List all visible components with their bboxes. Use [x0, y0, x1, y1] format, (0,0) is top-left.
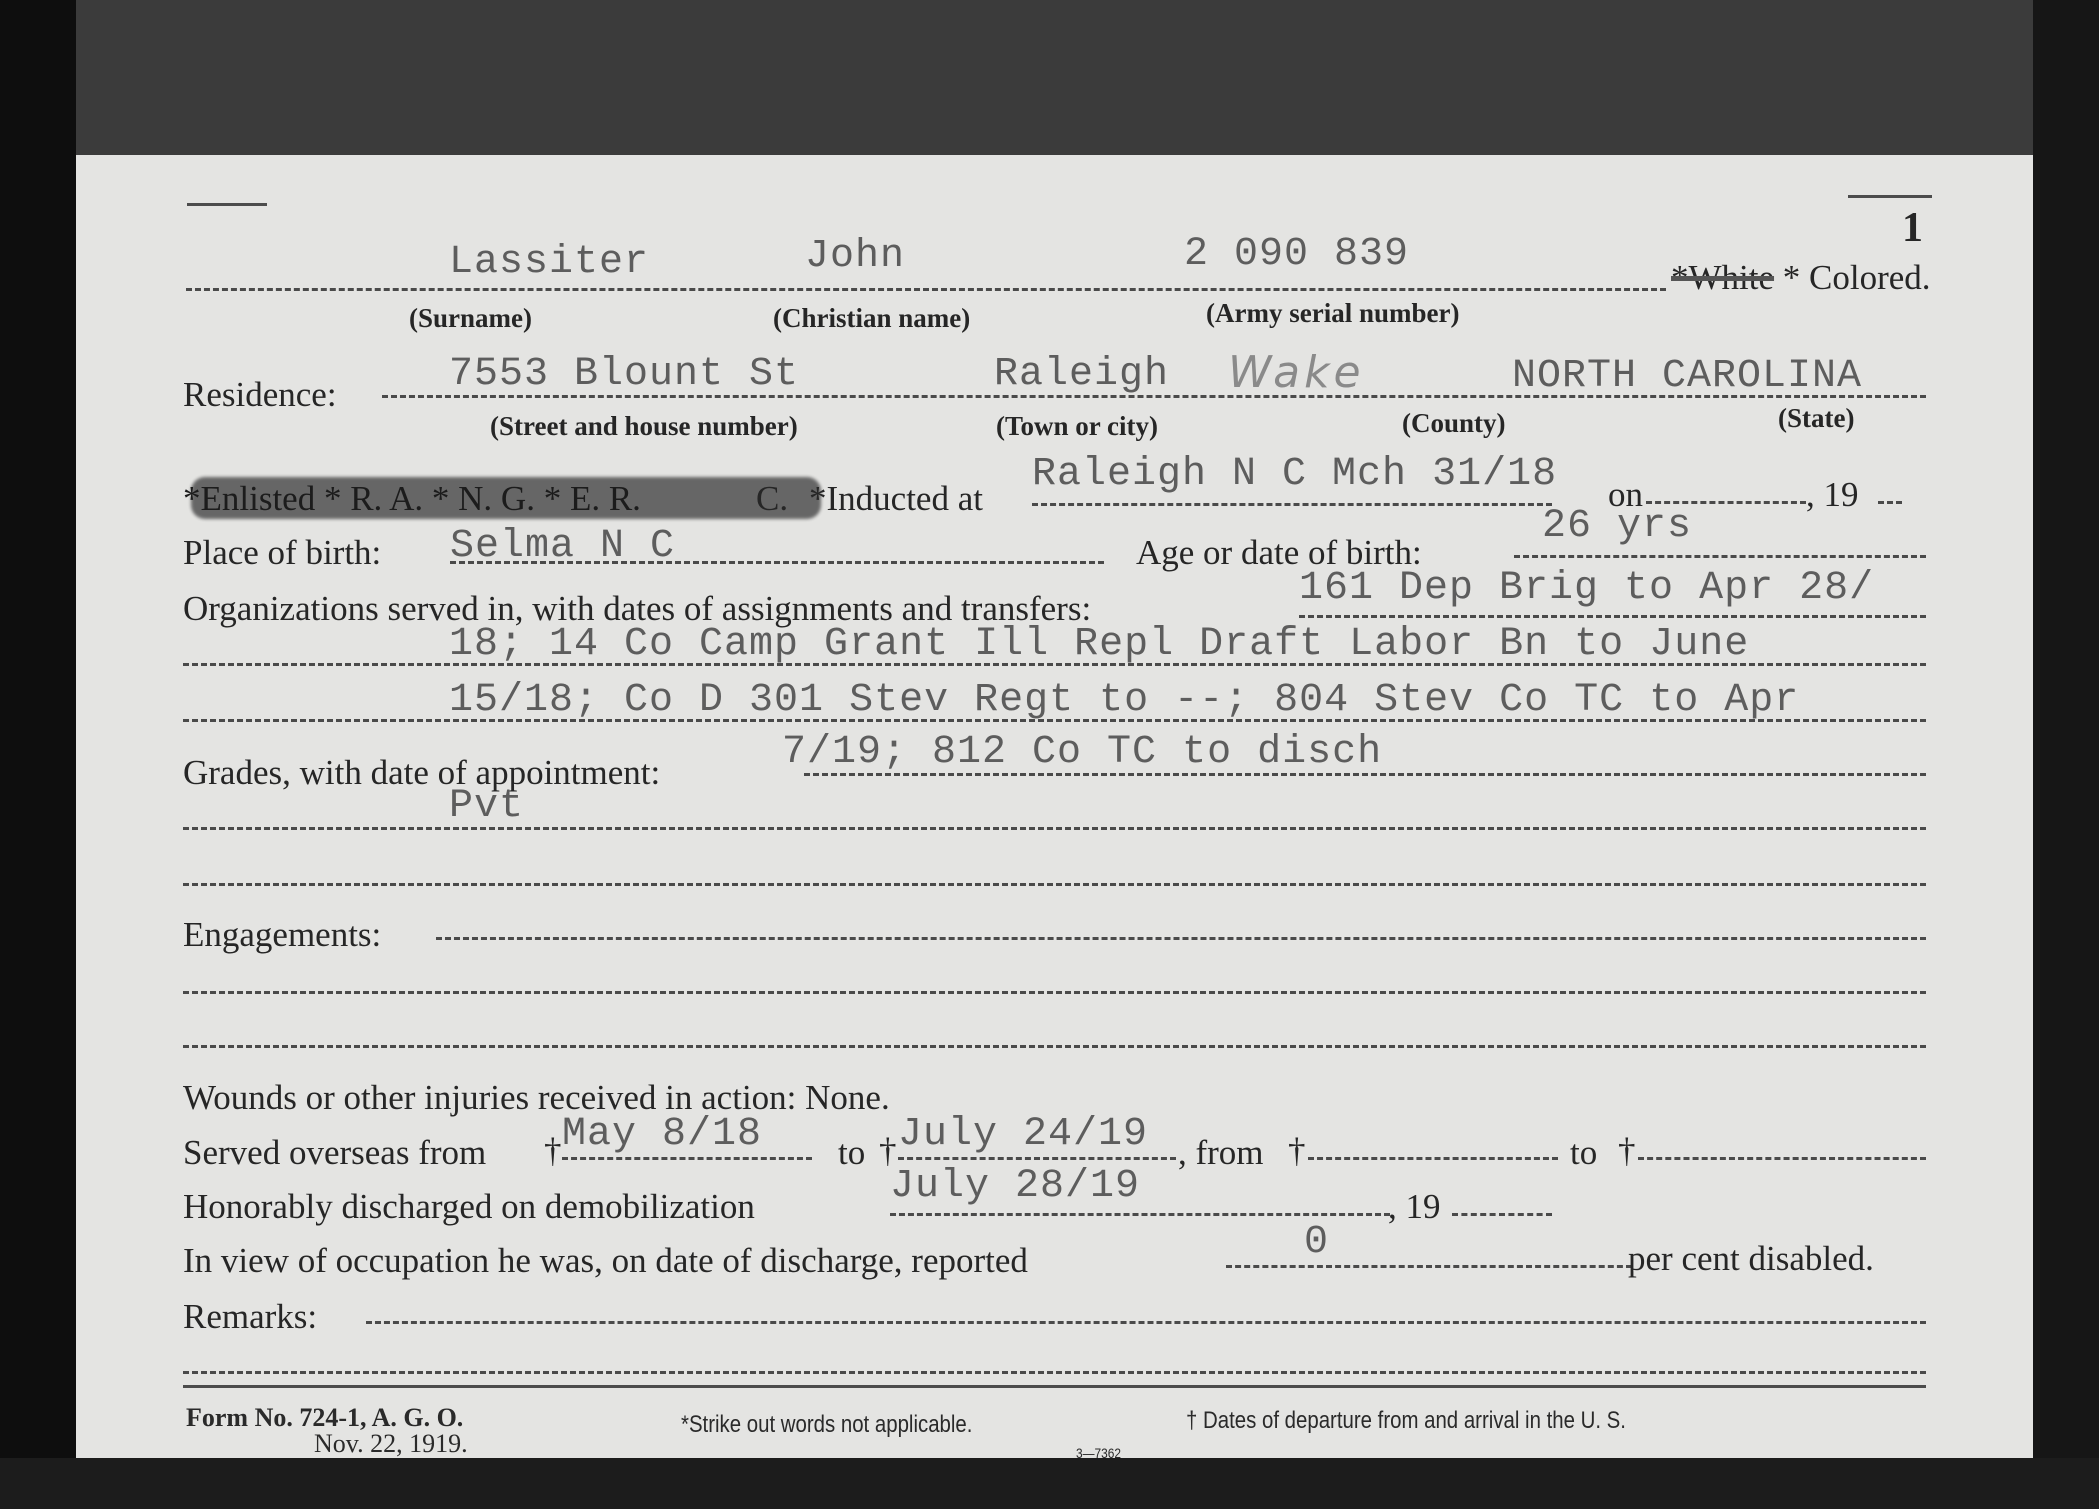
grades-value: Pvt	[449, 787, 524, 827]
overseas-to-value: July 24/19	[898, 1115, 1148, 1155]
surname-label: (Surname)	[409, 305, 532, 332]
top-right-rule	[1848, 195, 1932, 198]
serial-number-value: 2 090 839	[1184, 235, 1409, 275]
age-label: Age or date of birth:	[1136, 535, 1422, 570]
disability-line	[1226, 1265, 1632, 1268]
year-line	[1878, 501, 1902, 504]
overseas-from-line	[562, 1157, 812, 1160]
discharge-label: Honorably discharged on demobilization	[183, 1189, 755, 1224]
county-value: Wake	[1228, 351, 1365, 395]
footer-rule	[183, 1385, 1926, 1388]
dagger-mark-3: †	[1288, 1133, 1306, 1168]
overseas-from-value: May 8/18	[562, 1115, 762, 1155]
grades-rule-1	[804, 773, 1926, 776]
town-value: Raleigh	[994, 355, 1169, 395]
overseas-from2-label: , from	[1178, 1135, 1264, 1170]
strike-note: *Strike out words not applicable.	[681, 1411, 972, 1439]
inducted-value: Raleigh N C Mch 31/18	[1032, 455, 1557, 495]
organizations-line-1: 161 Dep Brig to Apr 28/	[1299, 569, 1874, 609]
print-code: 3—7362	[1076, 1445, 1121, 1461]
overseas-from2-line	[1308, 1157, 1558, 1160]
inducted-label: *Inducted at	[809, 481, 983, 516]
c-label: C.	[756, 481, 788, 516]
grades-label: Grades, with date of appointment:	[183, 755, 660, 790]
film-edge-right	[2033, 0, 2099, 1509]
engagements-rule-1	[436, 937, 1926, 940]
name-line	[186, 288, 1666, 291]
card-number: 1	[1902, 207, 1923, 249]
form-date: Nov. 22, 1919.	[314, 1429, 468, 1459]
town-label: (Town or city)	[996, 413, 1158, 440]
remarks-label: Remarks:	[183, 1299, 317, 1334]
top-left-rule	[187, 203, 267, 206]
disability-label: In view of occupation he was, on date of…	[183, 1243, 1028, 1278]
place-of-birth-line	[450, 561, 1104, 564]
year-prefix: , 19	[1806, 477, 1859, 512]
organizations-line-3: 15/18; Co D 301 Stev Regt to --; 804 Ste…	[449, 681, 1799, 721]
service-record-card: 1 Lassiter John 2 090 839 *White * Color…	[76, 155, 2033, 1458]
age-line	[1514, 555, 1926, 558]
remarks-rule-2	[183, 1371, 1926, 1374]
discharge-value: July 28/19	[890, 1167, 1140, 1207]
dagger-mark-4: †	[1618, 1133, 1636, 1168]
residence-label: Residence:	[183, 377, 337, 412]
dagger-mark-2: †	[879, 1133, 897, 1168]
state-value: NORTH CAROLINA	[1512, 357, 1862, 397]
overseas-to2-line	[1638, 1157, 1926, 1160]
overseas-to2-label: to	[1570, 1135, 1597, 1170]
organizations-label: Organizations served in, with dates of a…	[183, 591, 1091, 626]
age-value: 26 yrs	[1542, 507, 1692, 547]
overseas-to-line	[898, 1157, 1176, 1160]
dates-note: † Dates of departure from and arrival in…	[1186, 1407, 1626, 1435]
grades-rule-3	[183, 883, 1926, 886]
colored-option: * Colored.	[1783, 258, 1931, 297]
engagements-label: Engagements:	[183, 917, 381, 952]
organizations-rule-3	[183, 719, 1926, 722]
color-field: *White * Colored.	[1671, 260, 1931, 295]
film-edge-left	[0, 0, 76, 1509]
place-of-birth-label: Place of birth:	[183, 535, 381, 570]
organizations-rule-2	[183, 663, 1926, 666]
overseas-label: Served overseas from	[183, 1135, 486, 1170]
christian-name-value: John	[805, 237, 905, 277]
inducted-line	[1032, 503, 1552, 506]
disability-suffix: per cent disabled.	[1628, 1241, 1874, 1276]
state-label: (State)	[1778, 405, 1854, 432]
organizations-line-4: 7/19; 812 Co TC to disch	[782, 733, 1382, 773]
surname-value: Lassiter	[449, 243, 649, 283]
grades-rule-2	[183, 827, 1926, 830]
organizations-rule-1	[1299, 615, 1926, 618]
organizations-line-2: 18; 14 Co Camp Grant Ill Repl Draft Labo…	[449, 625, 1749, 665]
county-label: (County)	[1402, 410, 1506, 437]
remarks-rule-1	[366, 1321, 1926, 1324]
film-edge-bottom	[0, 1458, 2099, 1509]
white-option: *White	[1671, 258, 1774, 297]
overseas-to-label: to	[838, 1135, 865, 1170]
street-label: (Street and house number)	[490, 413, 798, 440]
engagements-rule-3	[183, 1045, 1926, 1048]
engagements-rule-2	[183, 991, 1926, 994]
disability-value: 0	[1304, 1223, 1329, 1263]
discharge-year-prefix: , 19	[1388, 1189, 1441, 1224]
wounds-label: Wounds or other injuries received in act…	[183, 1080, 890, 1115]
residence-line	[382, 395, 1926, 398]
discharge-line	[890, 1213, 1390, 1216]
enlisted-label: *Enlisted * R. A. * N. G. * E. R.	[183, 481, 641, 516]
dagger-mark: †	[544, 1133, 562, 1168]
street-value: 7553 Blount St	[449, 355, 799, 395]
serial-number-label: (Army serial number)	[1206, 300, 1459, 327]
christian-name-label: (Christian name)	[773, 305, 970, 332]
discharge-year-line	[1452, 1213, 1552, 1216]
